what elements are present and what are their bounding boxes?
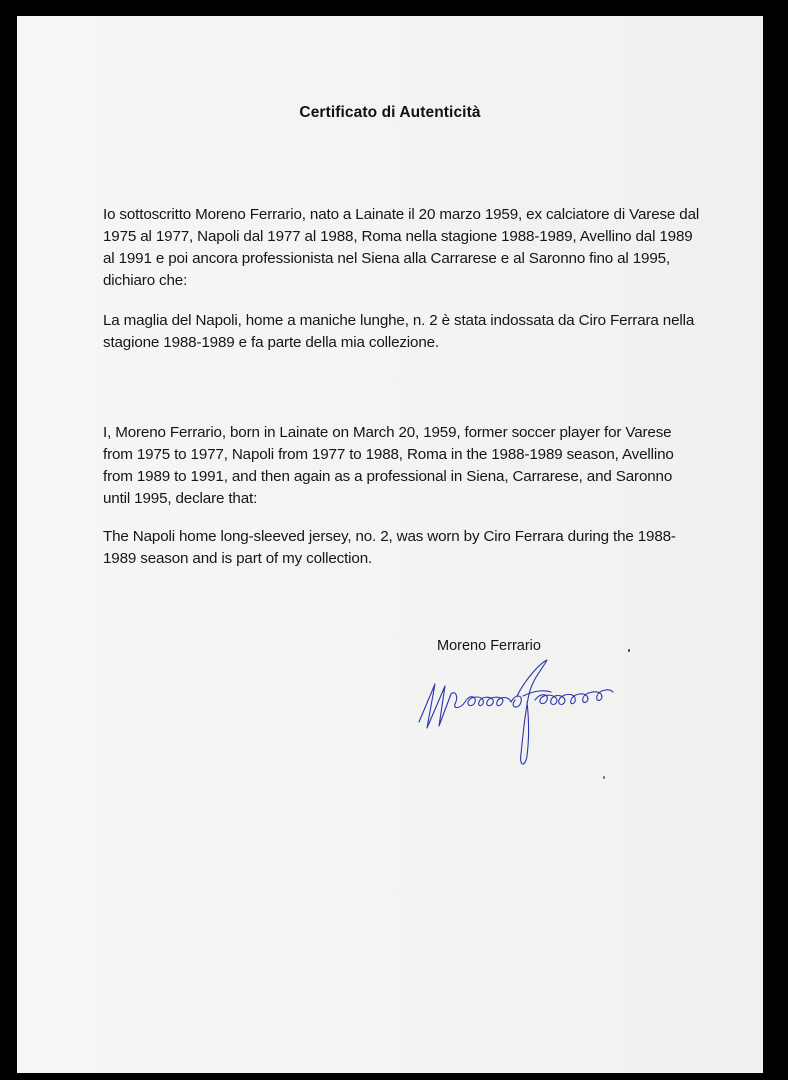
english-declaration: I, Moreno Ferrario, born in Lainate on M… xyxy=(103,422,703,510)
italian-statement: La maglia del Napoli, home a maniche lun… xyxy=(103,310,703,354)
ink-mark xyxy=(628,649,630,652)
document-title: Certificato di Autenticità xyxy=(17,104,763,122)
handwritten-signature xyxy=(405,650,665,774)
italian-declaration: Io sottoscritto Moreno Ferrario, nato a … xyxy=(103,204,703,292)
english-statement: The Napoli home long-sleeved jersey, no.… xyxy=(103,526,703,570)
certificate-page: Certificato di Autenticità Io sottoscrit… xyxy=(17,16,763,1073)
ink-mark xyxy=(603,776,605,779)
